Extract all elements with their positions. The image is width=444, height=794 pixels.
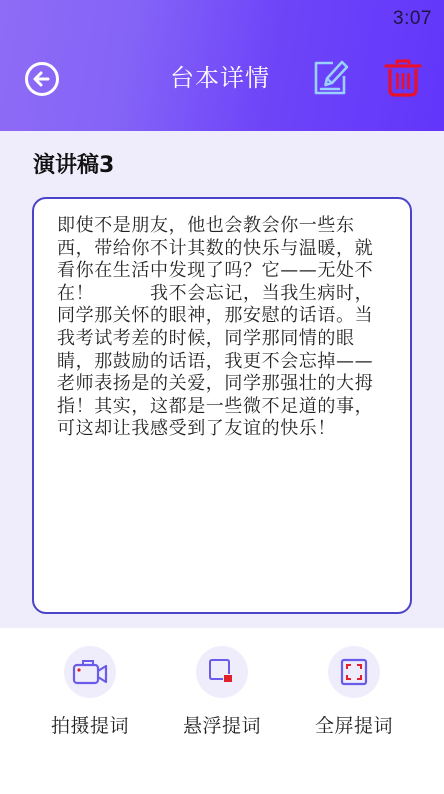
- script-content-box[interactable]: 即使不是朋友，他也会教会你一些东西，带给你不计其数的快乐与温暖，就看你在生活中发…: [32, 197, 412, 614]
- record-prompter-icon-wrap: [64, 646, 116, 698]
- video-camera-icon: [71, 657, 109, 687]
- floating-prompter-label: 悬浮提词: [183, 713, 261, 739]
- page-title: 台本详情: [170, 60, 280, 96]
- floating-prompter-icon-wrap: [196, 646, 248, 698]
- fullscreen-icon: [339, 657, 369, 687]
- edit-note-icon: [311, 58, 351, 98]
- status-time: 3:07: [393, 8, 432, 30]
- app-header: 3:07 台本详情: [0, 0, 444, 131]
- floating-prompter-button[interactable]: 悬浮提词: [162, 646, 282, 746]
- record-prompter-button[interactable]: 拍摄提词: [30, 646, 150, 746]
- fullscreen-prompter-button[interactable]: 全屏提词: [294, 646, 414, 746]
- floating-window-icon: [207, 657, 237, 687]
- script-title: 演讲稿3: [33, 150, 114, 182]
- fullscreen-prompter-label: 全屏提词: [315, 713, 393, 739]
- back-button[interactable]: [23, 60, 61, 98]
- delete-button[interactable]: [382, 56, 424, 98]
- record-prompter-label: 拍摄提词: [51, 713, 129, 739]
- circle-arrow-left-icon: [23, 60, 61, 98]
- script-body-text: 即使不是朋友，他也会教会你一些东西，带给你不计其数的快乐与温暖，就看你在生活中发…: [57, 215, 386, 441]
- trash-icon: [382, 56, 424, 98]
- fullscreen-prompter-icon-wrap: [328, 646, 380, 698]
- edit-button[interactable]: [311, 58, 351, 98]
